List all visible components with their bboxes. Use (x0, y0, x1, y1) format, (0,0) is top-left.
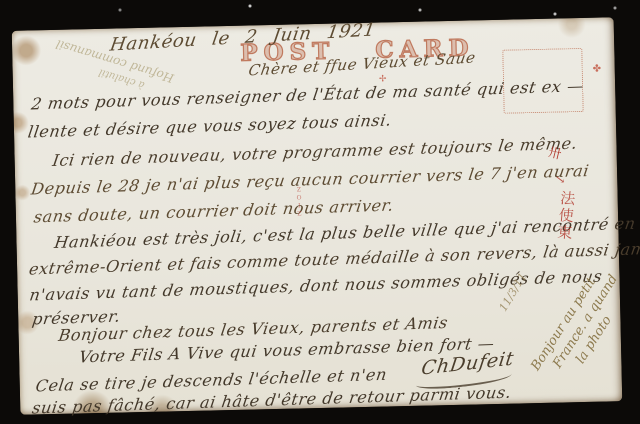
red-character-column: 法使東 (551, 190, 579, 275)
ornament-icon: ✤ (593, 64, 602, 75)
message-line: llente et désire que vous soyez tous ain… (27, 110, 394, 141)
red-tally-mark: 卅 (547, 141, 564, 163)
postcard: POST CARD ✢ ✤ Hankéou le 2 Juin 1921 Chè… (12, 17, 623, 415)
red-tiny-column: ZOIZ (295, 186, 303, 234)
message-line: sans doute, un courrier doit nous arrive… (33, 195, 396, 226)
